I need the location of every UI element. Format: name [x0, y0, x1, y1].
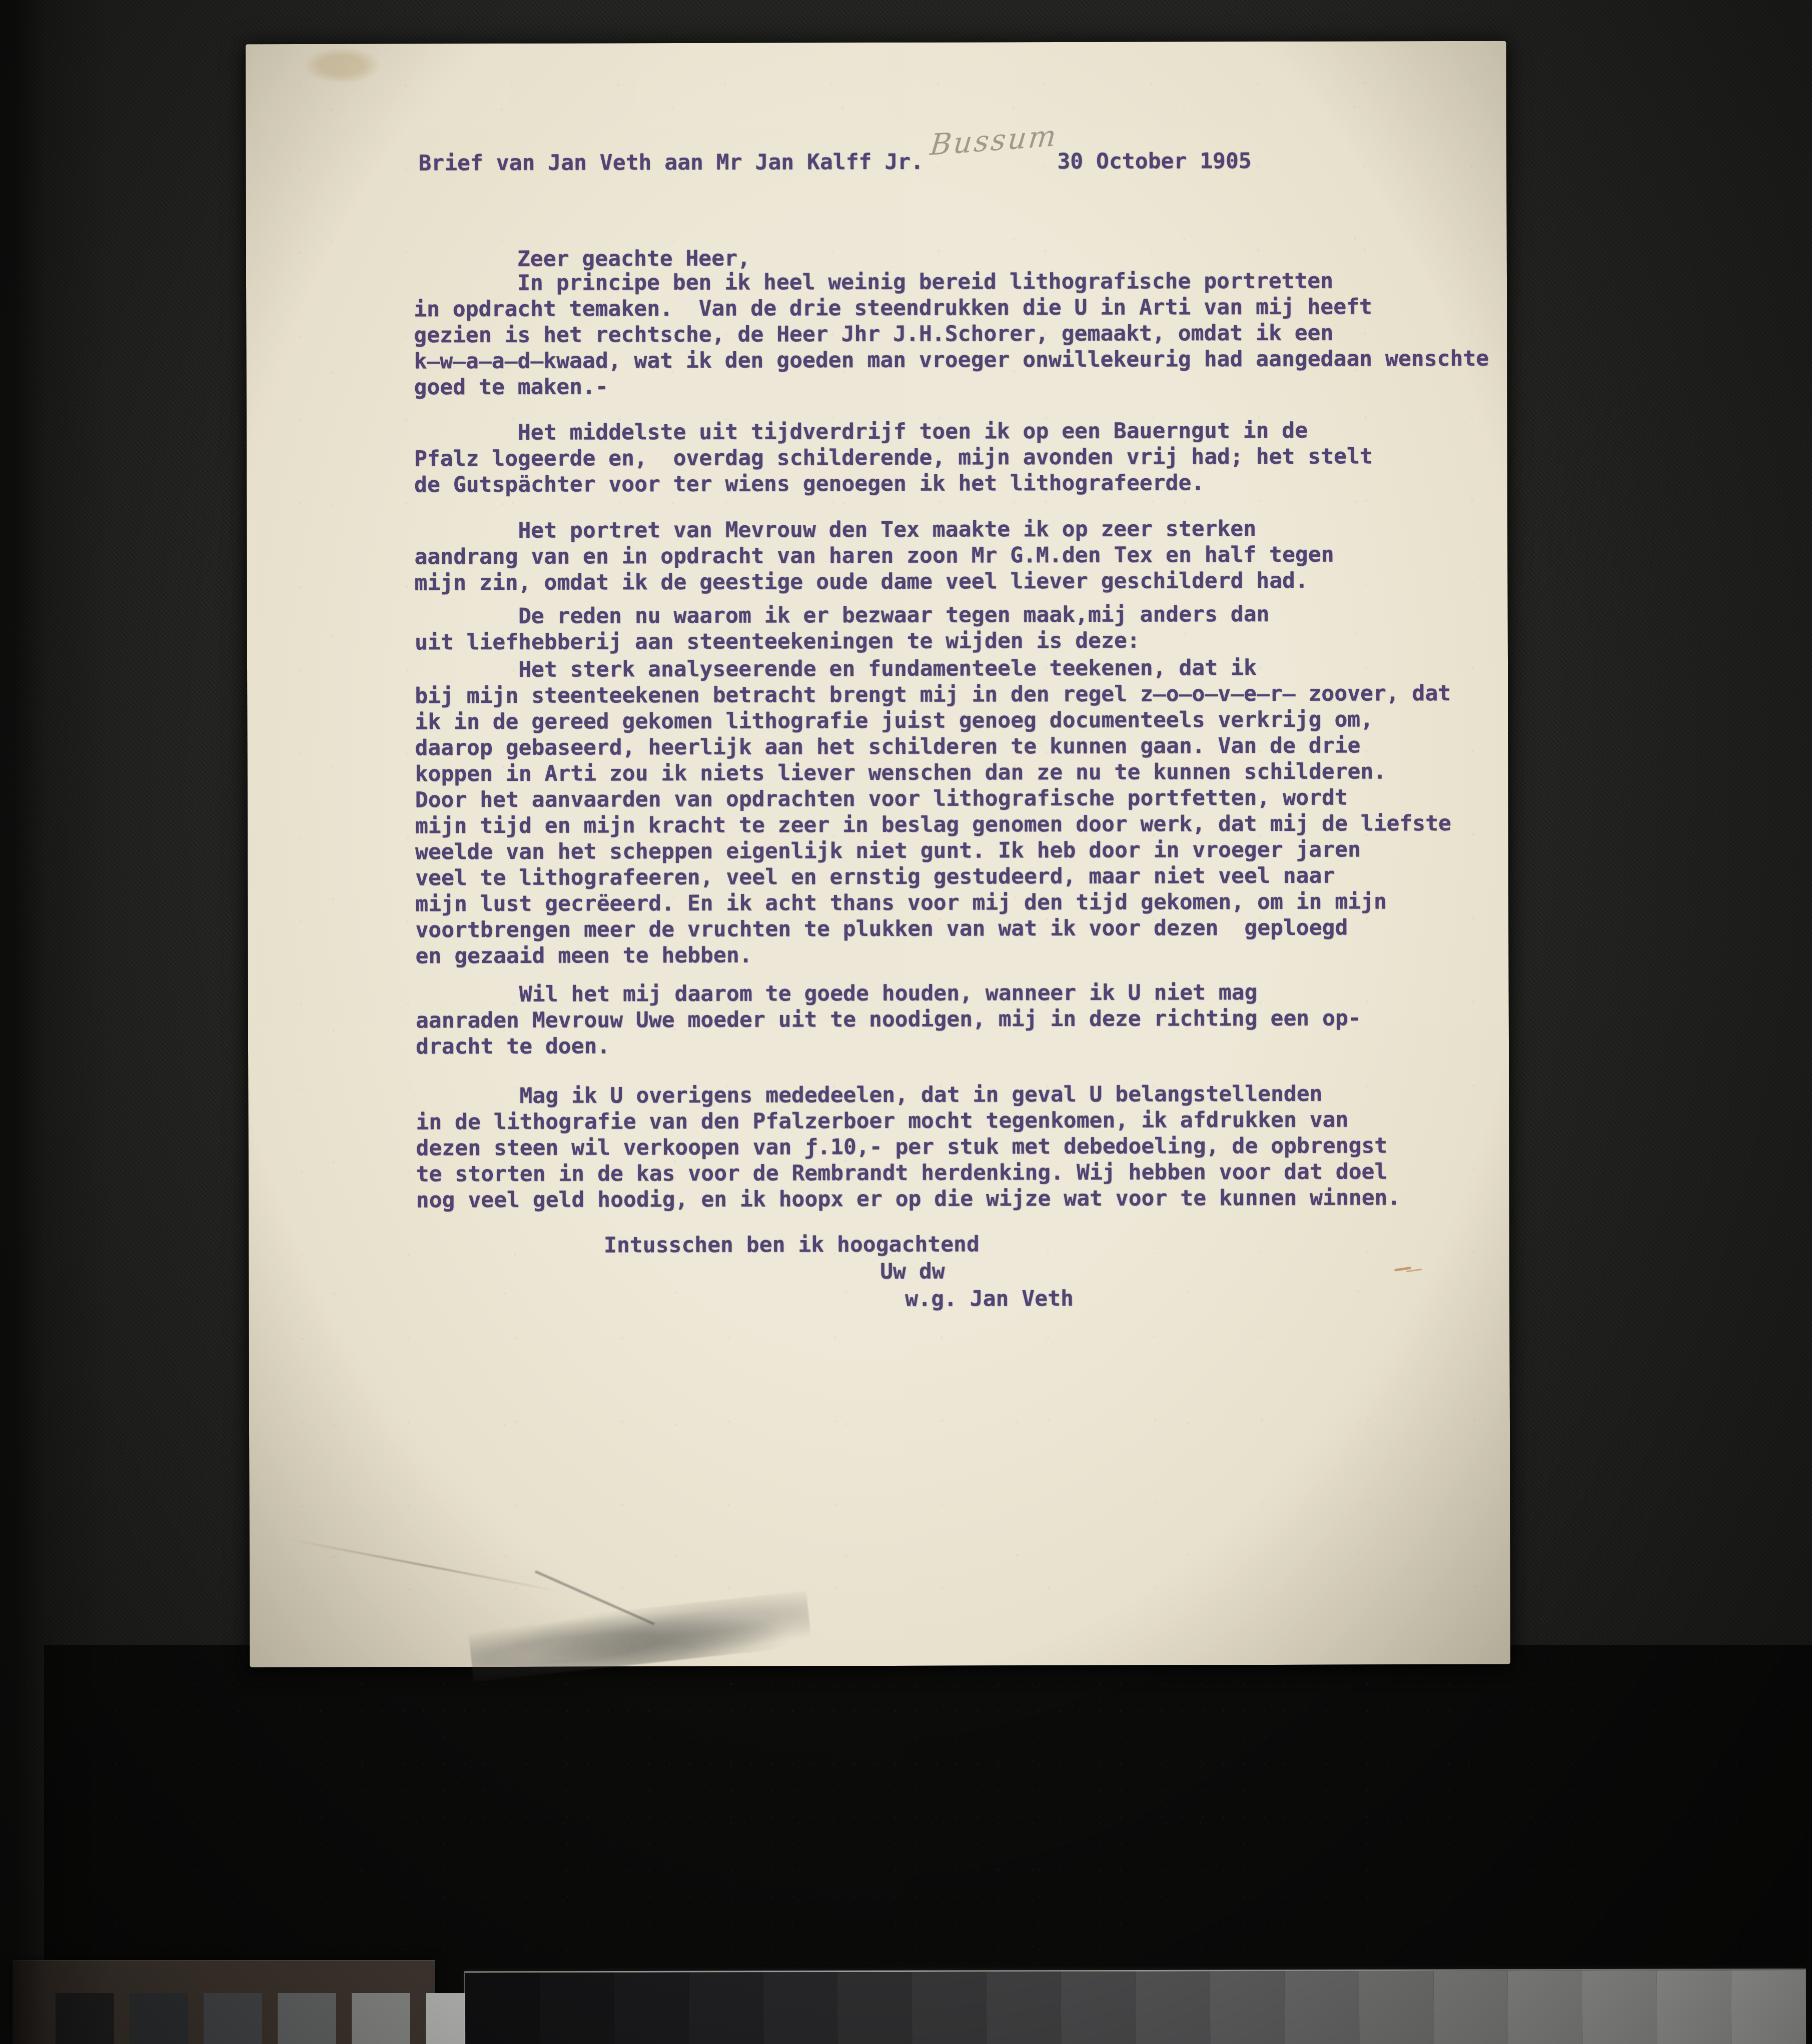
letter-line: mijn lust gecrëeerd. En ik acht thans vo… — [415, 888, 1451, 917]
gray-scale-card — [13, 1960, 435, 2044]
gray-patch — [56, 1993, 114, 2044]
letter-line: mijn zin, omdat ik de geestige oude dame… — [415, 568, 1334, 596]
paper-mark — [1394, 1267, 1411, 1272]
gray-step — [689, 1972, 763, 2044]
letter-page: Brief van Jan Veth aan Mr Jan Kalff Jr. … — [246, 41, 1510, 1668]
gray-patch-row — [56, 1993, 420, 2044]
paper-crease — [287, 1538, 562, 1593]
scan-background: Brief van Jan Veth aan Mr Jan Kalff Jr. … — [0, 0, 1812, 2044]
gray-step — [1582, 1970, 1657, 2044]
letter-line: nog veel geld hoodig, en ik hoopx er op … — [416, 1185, 1401, 1213]
letter-line: Wil het mij daarom te goede houden, wann… — [416, 979, 1361, 1007]
gray-step — [763, 1972, 837, 2044]
gray-step — [1061, 1971, 1136, 2044]
gray-patch — [278, 1993, 336, 2044]
letter-line: uit liefhebberij aan steenteekeningen te… — [415, 627, 1270, 655]
gray-step — [837, 1972, 912, 2044]
letter-line: weelde van het scheppen eigenlijk niet g… — [415, 836, 1451, 865]
letter-line: in de lithografie van den Pfalzerboer mo… — [416, 1107, 1400, 1135]
gray-step — [1433, 1970, 1508, 2044]
paragraph-3: Het portret van Mevrouw den Tex maakte i… — [414, 516, 1334, 596]
closing-line-1: Intusschen ben ik hoogachtend — [604, 1231, 980, 1258]
letter-line: Het portret van Mevrouw den Tex maakte i… — [414, 516, 1334, 544]
letter-line: daarop gebaseerd, heerlijk aan het schil… — [415, 732, 1451, 761]
letter-line: goed te maken.- — [414, 372, 1489, 401]
letter-line: Het middelste uit tijdverdrijf toen ik o… — [414, 417, 1373, 446]
letter-line: In principe ben ik heel weinig bereid li… — [414, 268, 1489, 297]
letter-line: Mag ik U overigens mededeelen, dat in ge… — [416, 1081, 1400, 1109]
paragraph-2: Het middelste uit tijdverdrijf toen ik o… — [414, 417, 1373, 498]
letter-line: Door het aanvaarden van opdrachten voor … — [415, 784, 1451, 813]
paragraph-7: Mag ik U overigens mededeelen, dat in ge… — [416, 1081, 1400, 1213]
paragraph-5: Het sterk analyseerende en fundamenteele… — [415, 654, 1452, 969]
gray-step — [1285, 1971, 1359, 2044]
letter-line: aanraden Mevrouw Uwe moeder uit te noodi… — [416, 1005, 1361, 1034]
letter-line: Het sterk analyseerende en fundamenteele… — [415, 654, 1451, 683]
salutation: Zeer geachte Heer, — [517, 246, 750, 272]
letter-line: gezien is het rechtsche, de Heer Jhr J.H… — [414, 320, 1489, 349]
letter-line: te storten in de kas voor de Rembrandt h… — [416, 1159, 1401, 1187]
gray-step — [614, 1972, 689, 2044]
letter-date: 30 October 1905 — [1057, 148, 1251, 175]
letter-line: mijn tijd en mijn kracht te zeer in besl… — [415, 810, 1451, 839]
gray-step — [1136, 1971, 1210, 2044]
gray-step — [1210, 1971, 1285, 2044]
letter-line: k̶w̶a̶a̶d̶kwaad, wat ik den goeden man v… — [414, 346, 1489, 375]
paragraph-6: Wil het mij daarom te goede houden, wann… — [416, 979, 1361, 1060]
letter-title: Brief van Jan Veth aan Mr Jan Kalff Jr. — [418, 149, 924, 177]
gray-step — [540, 1972, 614, 2044]
letter-line: veel te lithografeeren, veel en ernstig … — [415, 862, 1451, 891]
letter-line: voortbrengen meer de vruchten te plukken… — [415, 914, 1451, 943]
gray-step — [987, 1971, 1061, 2044]
gray-step — [465, 1972, 540, 2044]
gray-step — [1731, 1970, 1806, 2044]
paper-stain — [305, 48, 380, 83]
gray-patch — [352, 1993, 410, 2044]
gray-step — [912, 1972, 987, 2044]
letter-line: in opdracht temaken. Van de drie steendr… — [414, 294, 1489, 323]
handwritten-place-note: Bussum — [929, 119, 1060, 162]
paragraph-4: De reden nu waarom ik er bezwaar tegen m… — [415, 601, 1270, 655]
letter-line: bij mijn steenteekenen betracht brengt m… — [415, 680, 1451, 709]
letter-line: dezen steen wil verkoopen van ƒ.10,- per… — [416, 1133, 1400, 1161]
closing-line-2: Uw dw — [880, 1259, 945, 1285]
gray-patch — [204, 1993, 262, 2044]
letter-line: De reden nu waarom ik er bezwaar tegen m… — [415, 601, 1270, 629]
letter-line: Pfalz logeerde en, overdag schilderende,… — [414, 443, 1373, 472]
gray-step — [1657, 1970, 1731, 2044]
gray-step-wedge — [464, 1968, 1806, 2044]
paragraph-1: In principe ben ik heel weinig bereid li… — [414, 268, 1489, 401]
letter-line: en gezaaid meen te hebben. — [415, 940, 1451, 969]
letter-line: ik in de gereed gekomen lithografie juis… — [415, 706, 1451, 735]
letter-line: aandrang van en in opdracht van haren zo… — [414, 542, 1334, 570]
gray-step — [1359, 1971, 1434, 2044]
letter-line: koppen in Arti zou ik niets liever wensc… — [415, 758, 1451, 787]
letter-line: dracht te doen. — [416, 1031, 1361, 1060]
gray-patch — [130, 1993, 188, 2044]
closing-line-3: w.g. Jan Veth — [905, 1286, 1074, 1312]
letter-line: de Gutspächter voor ter wiens genoegen i… — [414, 469, 1373, 498]
gray-step — [1508, 1970, 1582, 2044]
